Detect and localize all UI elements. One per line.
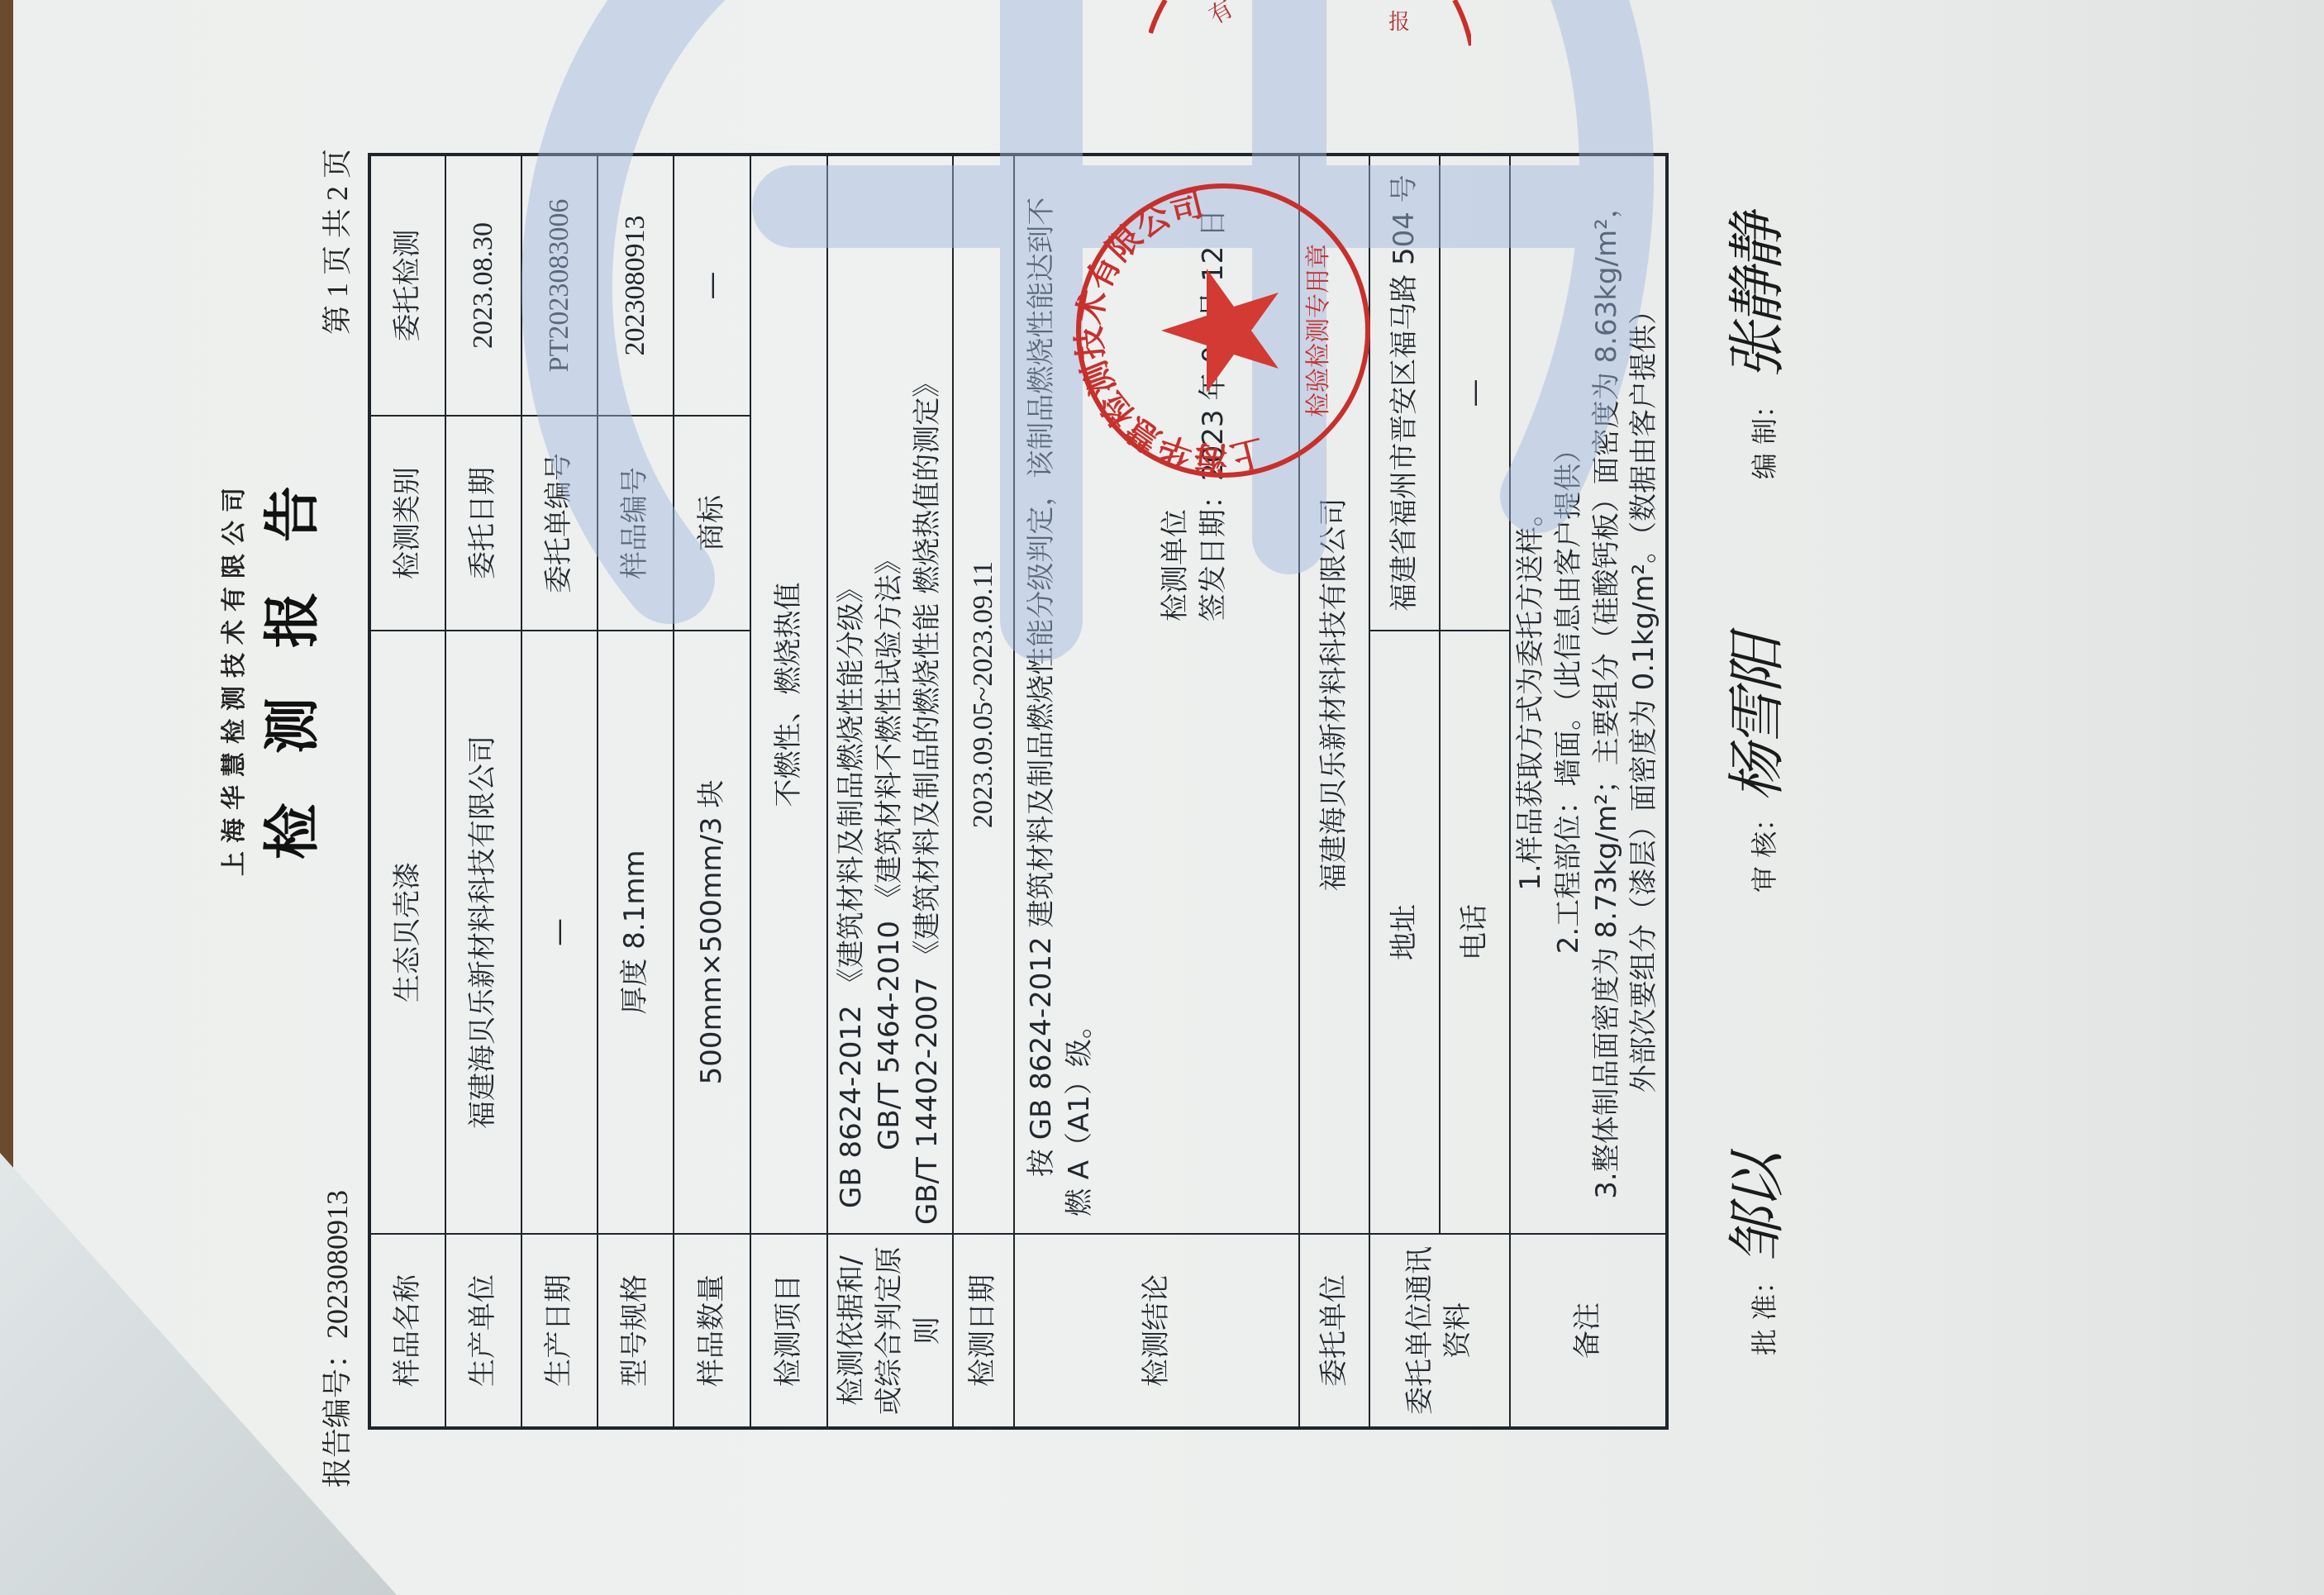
issue-date-value: 2023 年 09 月 12 日 [1197, 209, 1230, 481]
remarks-value: 1.样品获取方式为委托方送样。 2.工程部位：墙面。（此信息由客户提供） 3.整… [1510, 155, 1667, 1234]
client-label: 委托单位 [1299, 1234, 1369, 1428]
sample-name-value: 生态贝壳漆 [369, 631, 445, 1234]
trademark-label: 商标 [674, 416, 750, 631]
address-label: 地址 [1369, 631, 1440, 1234]
test-date-label: 检测日期 [953, 1234, 1014, 1428]
client-value: 福建海贝乐新材料科技有限公司 [1299, 155, 1369, 1234]
conclusion-cell: 按 GB 8624-2012 建筑材料及制品燃烧性能分级判定，该制品燃烧性能达到… [1014, 155, 1299, 1234]
remark-2: 2.工程部位：墙面。（此信息由客户提供） [1550, 164, 1588, 1225]
remark-1: 1.样品获取方式为委托方送样。 [1512, 164, 1550, 1225]
compile-label: 编 制： [1744, 392, 1782, 479]
report-number-label: 报告编号： [321, 1339, 354, 1488]
basis-value: GB 8624-2012 《建筑材料及制品燃烧性能分级》 GB/T 5464-2… [827, 155, 953, 1234]
test-items-label: 检测项目 [750, 1234, 827, 1428]
address-value: 福建省福州市晋安区福马路 504 号 [1369, 155, 1440, 631]
signature-row: 批 准： 邹以 审 核： 杨雪阳 编 制： 张静静 [1711, 116, 1802, 1355]
compile-signature: 张静静 [1711, 217, 1794, 380]
quantity-value: 500mm×500mm/3 块 [674, 631, 750, 1234]
review-signature: 杨雪阳 [1711, 638, 1794, 802]
test-report-document: 上海华慧检测技术有限公司 检测报告 报告编号：2023080913 第 1 页 … [190, 99, 1843, 1488]
issue-date-label: 签发日期： [1197, 481, 1230, 621]
table-row: 检测项目 不燃性、燃烧热值 [750, 155, 827, 1428]
issuer-label: 检测单位 [1157, 156, 1195, 621]
order-no-value: PT2023083006 [521, 155, 598, 416]
test-category-label: 检测类别 [369, 416, 445, 631]
issuer-block: 检测单位 签发日期：2023 年 09 月 12 日 [1157, 156, 1233, 1233]
model-value: 厚度 8.1mm [598, 631, 674, 1234]
basis-standard-2: GB/T 5464-2010 《建筑材料不燃性试验方法》 [871, 164, 909, 1225]
basis-standard-3: GB/T 14402-2007 《建筑材料及制品的燃烧性能 燃烧热值的测定》 [909, 164, 947, 1225]
approve-label: 批 准： [1744, 1268, 1782, 1355]
test-category-value: 委托检测 [369, 155, 445, 416]
company-name: 上海华慧检测技术有限公司 [213, 380, 250, 876]
table-row: 生产日期 — 委托单编号 PT2023083006 [521, 155, 598, 1428]
table-row: 备注 1.样品获取方式为委托方送样。 2.工程部位：墙面。（此信息由客户提供） … [1510, 155, 1667, 1428]
table-row: 样品数量 500mm×500mm/3 块 商标 — [674, 155, 750, 1428]
page-indicator: 第 1 页 共 2 页 [314, 149, 356, 335]
approve-signature: 邹以 [1711, 1155, 1794, 1264]
model-label: 型号规格 [598, 1234, 674, 1428]
test-items-value: 不燃性、燃烧热值 [750, 155, 827, 1234]
manufacturer-label: 生产单位 [445, 1234, 521, 1428]
table-row: 检测日期 2023.09.05~2023.09.11 [953, 155, 1014, 1428]
table-row: 生产单位 福建海贝乐新材料科技有限公司 委托日期 2023.08.30 [445, 155, 521, 1428]
table-row: 检测结论 按 GB 8624-2012 建筑材料及制品燃烧性能分级判定，该制品燃… [1014, 155, 1299, 1428]
sample-no-value: 2023080913 [598, 155, 674, 416]
review-label: 审 核： [1744, 805, 1782, 893]
phone-label: 电话 [1440, 631, 1510, 1234]
report-title: 检测报告 [248, 430, 328, 859]
production-date-label: 生产日期 [521, 1234, 598, 1428]
report-number: 报告编号：2023080913 [314, 1190, 356, 1488]
entrust-date-label: 委托日期 [445, 416, 521, 631]
test-date-value: 2023.09.05~2023.09.11 [953, 155, 1014, 1234]
conclusion-label: 检测结论 [1014, 1234, 1299, 1428]
table-row: 样品名称 生态贝壳漆 检测类别 委托检测 [369, 155, 445, 1428]
basis-label: 检测依据和/或综合判定原则 [827, 1234, 953, 1428]
table-row: 委托单位 福建海贝乐新材料科技有限公司 [1299, 155, 1369, 1428]
report-table: 样品名称 生态贝壳漆 检测类别 委托检测 生产单位 福建海贝乐新材料科技有限公司… [368, 153, 1669, 1430]
table-row: 委托单位通讯资料 地址 福建省福州市晋安区福马路 504 号 [1369, 155, 1440, 1428]
trademark-value: — [674, 155, 750, 416]
sample-no-label: 样品编号 [598, 416, 674, 631]
phone-value: — [1440, 155, 1510, 631]
conclusion-text: 按 GB 8624-2012 建筑材料及制品燃烧性能分级判定，该制品燃烧性能达到… [1015, 156, 1107, 1233]
contact-label: 委托单位通讯资料 [1369, 1234, 1510, 1428]
table-row: 型号规格 厚度 8.1mm 样品编号 2023080913 [598, 155, 674, 1428]
report-number-value: 2023080913 [321, 1190, 354, 1339]
table-row: 检测依据和/或综合判定原则 GB 8624-2012 《建筑材料及制品燃烧性能分… [827, 155, 953, 1428]
remark-4: 外部次要组分（漆层）面密度为 0.1kg/m²。（数据由客户提供） [1626, 164, 1664, 1225]
production-date-value: — [521, 631, 598, 1234]
entrust-date-value: 2023.08.30 [445, 155, 521, 416]
quantity-label: 样品数量 [674, 1234, 750, 1428]
remark-3: 3.整体制品面密度为 8.73kg/m²；主要组分（硅酸钙板）面密度为 8.63… [1588, 164, 1626, 1225]
basis-standard-1: GB 8624-2012 《建筑材料及制品燃烧性能分级》 [833, 164, 871, 1225]
issue-date: 签发日期：2023 年 09 月 12 日 [1195, 156, 1233, 621]
remarks-label: 备注 [1510, 1234, 1667, 1428]
order-no-label: 委托单编号 [521, 416, 598, 631]
sample-name-label: 样品名称 [369, 1234, 445, 1428]
manufacturer-value: 福建海贝乐新材料科技有限公司 [445, 631, 521, 1234]
